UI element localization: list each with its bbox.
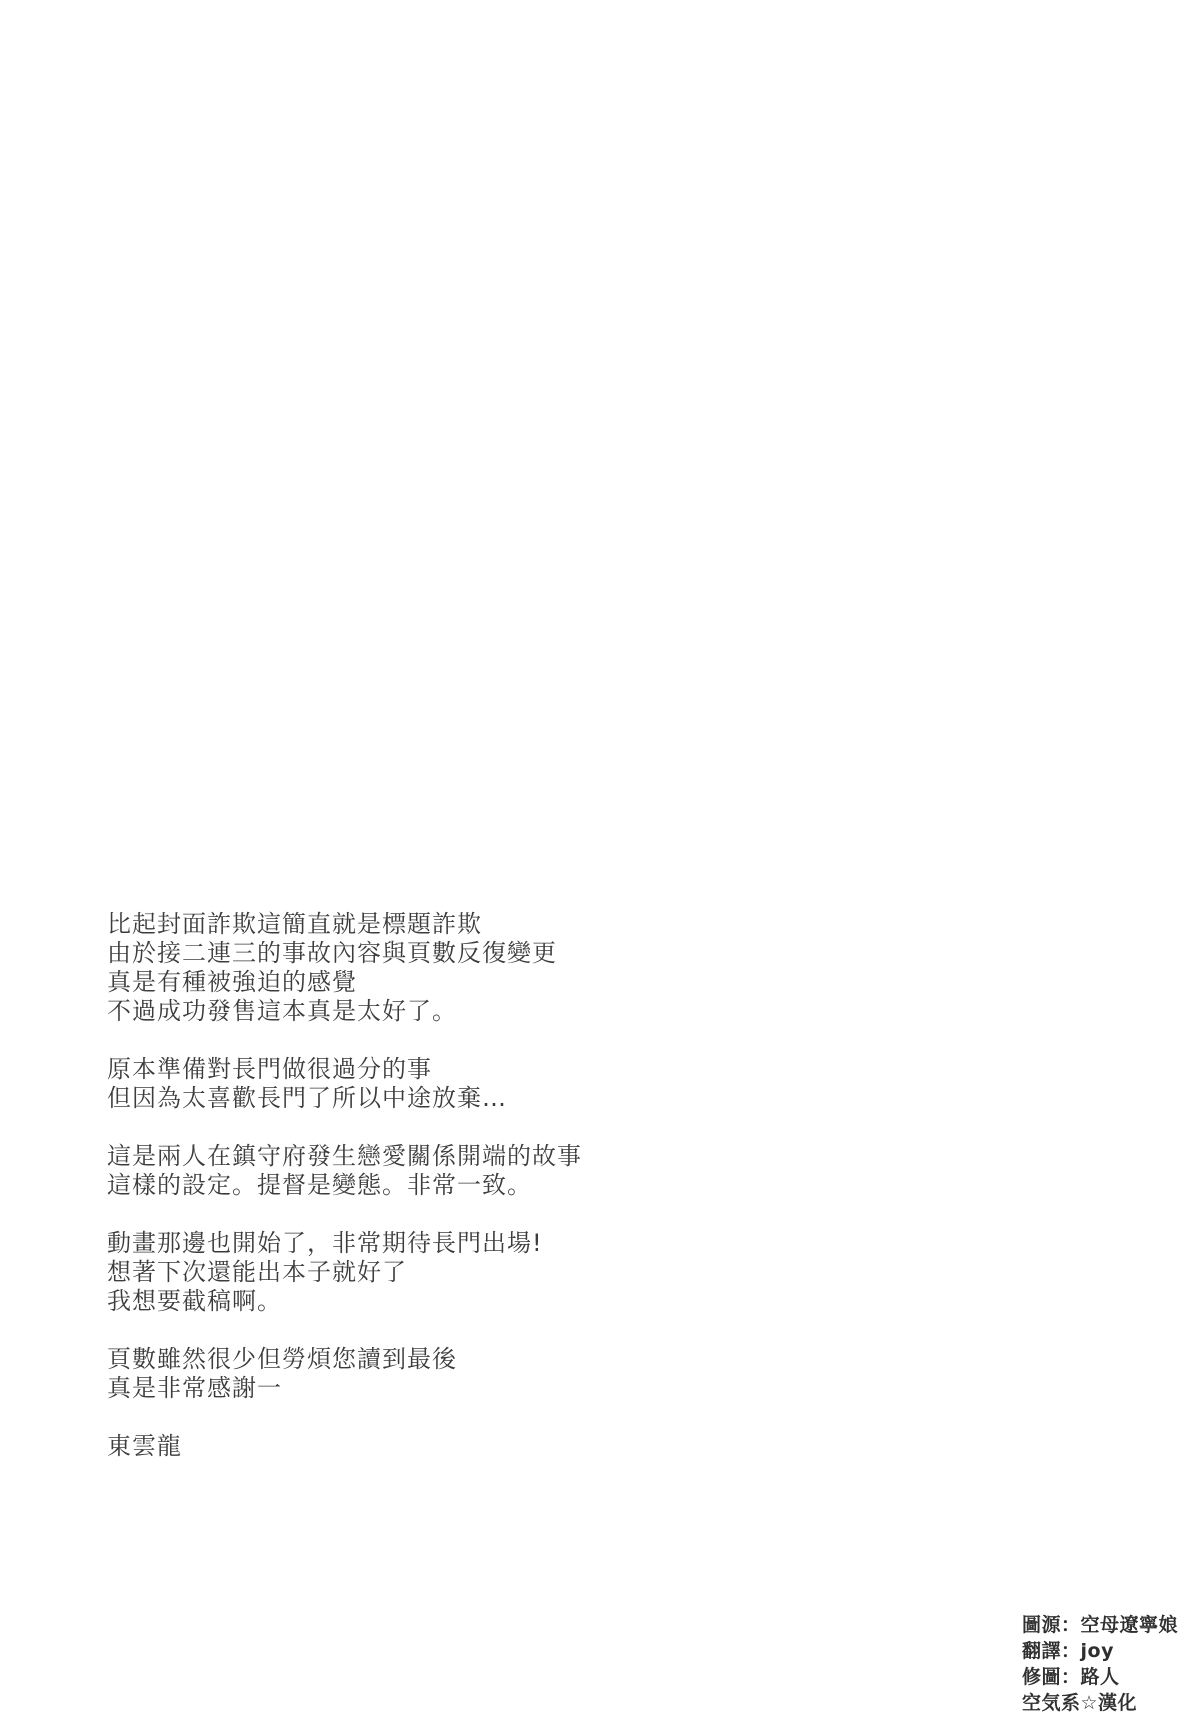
translation-credits-block: 圖源：空母遼寧娘 翻譯：joy 修圖：路人 空気系☆漢化 (1022, 1612, 1178, 1716)
afterword-line: 頁數雖然很少但勞煩您讀到最後 (107, 1345, 582, 1374)
afterword-text-block: 比起封面詐欺這簡直就是標題詐欺 由於接二連三的事故內容與頁數反復變更 真是有種被… (107, 910, 582, 1490)
afterword-signature: 東雲龍 (107, 1432, 582, 1461)
afterword-line: 由於接二連三的事故內容與頁數反復變更 (107, 939, 582, 968)
afterword-line: 真是非常感謝一 (107, 1374, 582, 1403)
credit-translator: 翻譯：joy (1022, 1638, 1178, 1664)
afterword-line: 想著下次還能出本子就好了 (107, 1258, 582, 1287)
afterword-paragraph-1: 比起封面詐欺這簡直就是標題詐欺 由於接二連三的事故內容與頁數反復變更 真是有種被… (107, 910, 582, 1026)
afterword-line: 真是有種被強迫的感覺 (107, 968, 582, 997)
afterword-line: 這樣的設定。提督是變態。非常一致。 (107, 1171, 582, 1200)
afterword-line: 我想要截稿啊。 (107, 1287, 582, 1316)
afterword-line: 但因為太喜歡長門了所以中途放棄… (107, 1084, 582, 1113)
afterword-page: 比起封面詐欺這簡直就是標題詐欺 由於接二連三的事故內容與頁數反復變更 真是有種被… (0, 0, 1200, 1725)
afterword-line: 動畫那邊也開始了，非常期待長門出場! (107, 1229, 582, 1258)
credit-group-name: 空気系☆漢化 (1022, 1690, 1178, 1716)
afterword-line: 比起封面詐欺這簡直就是標題詐欺 (107, 910, 582, 939)
credit-image-editor: 修圖：路人 (1022, 1664, 1178, 1690)
author-signature: 東雲龍 (107, 1432, 582, 1461)
afterword-paragraph-5: 頁數雖然很少但勞煩您讀到最後 真是非常感謝一 (107, 1345, 582, 1403)
credit-image-source: 圖源：空母遼寧娘 (1022, 1612, 1178, 1638)
afterword-line: 原本準備對長門做很過分的事 (107, 1055, 582, 1084)
afterword-paragraph-4: 動畫那邊也開始了，非常期待長門出場! 想著下次還能出本子就好了 我想要截稿啊。 (107, 1229, 582, 1316)
afterword-line: 這是兩人在鎮守府發生戀愛關係開端的故事 (107, 1142, 582, 1171)
afterword-paragraph-2: 原本準備對長門做很過分的事 但因為太喜歡長門了所以中途放棄… (107, 1055, 582, 1113)
afterword-paragraph-3: 這是兩人在鎮守府發生戀愛關係開端的故事 這樣的設定。提督是變態。非常一致。 (107, 1142, 582, 1200)
afterword-line: 不過成功發售這本真是太好了。 (107, 997, 582, 1026)
